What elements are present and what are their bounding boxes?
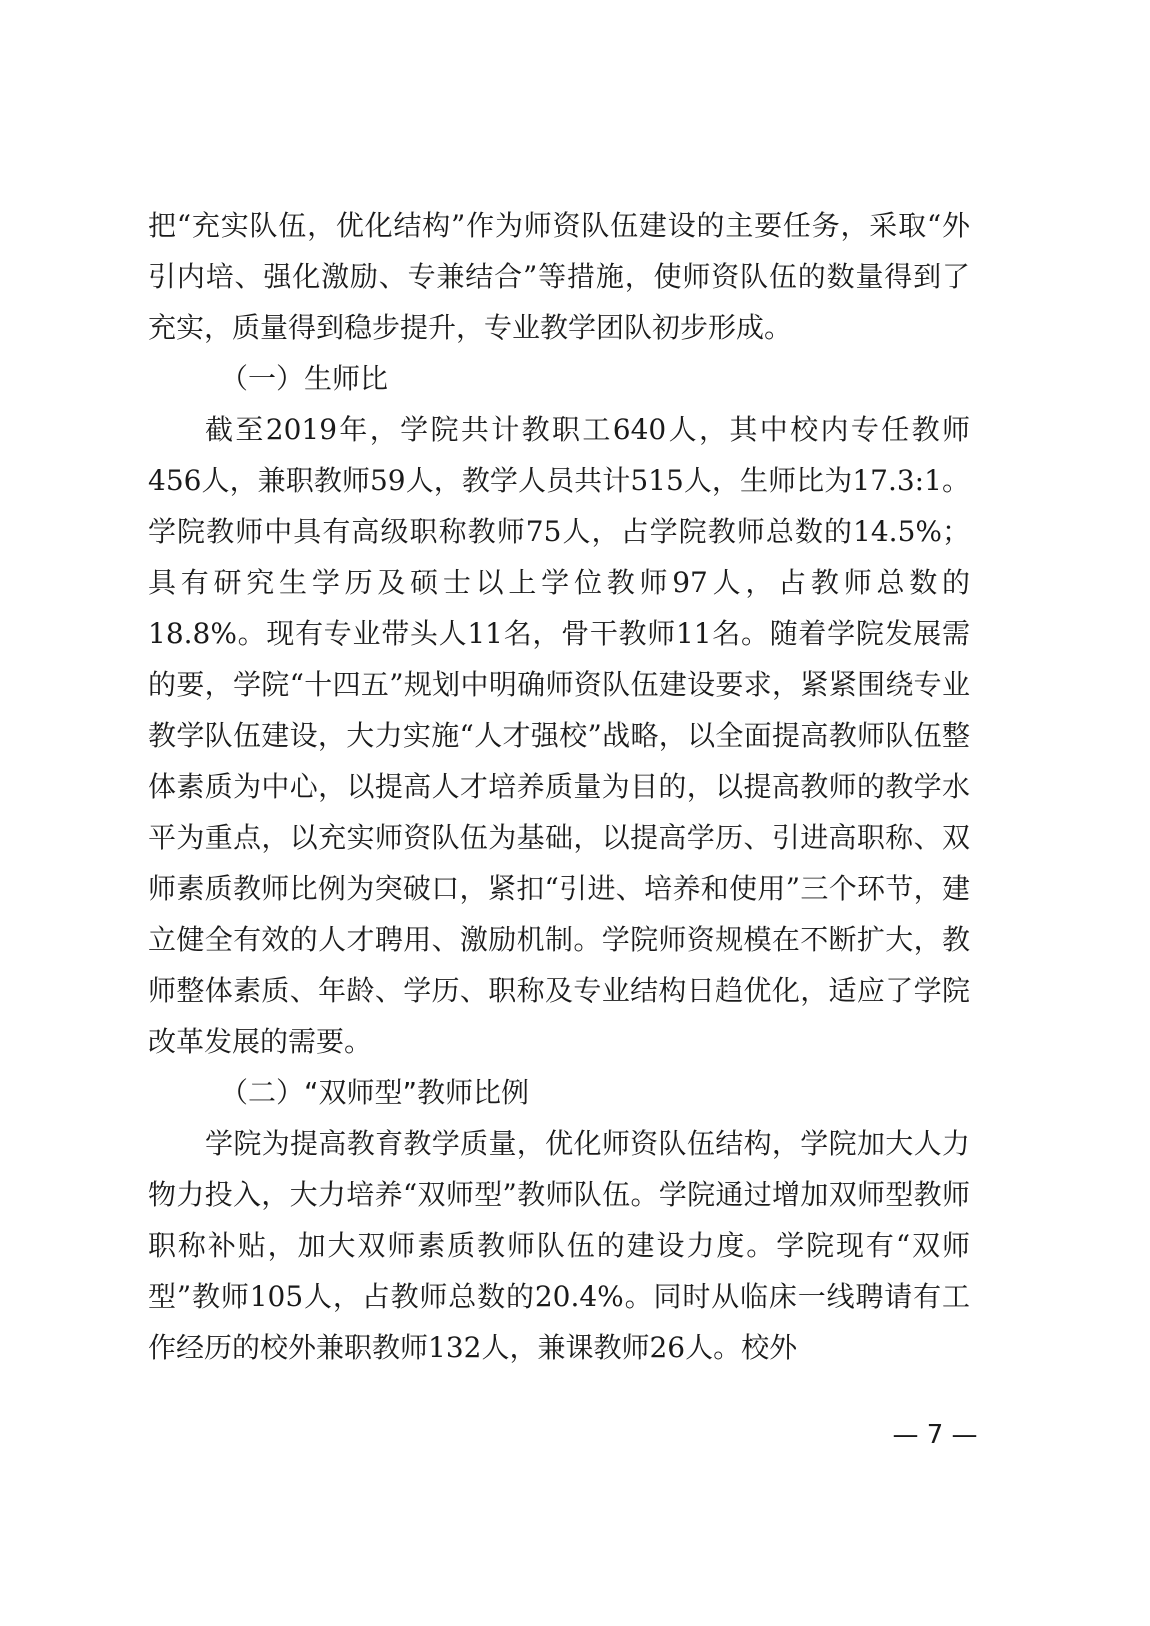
section-heading-dual-qualified-teachers: （二）“双师型”教师比例	[148, 1067, 970, 1118]
dual-qualified-teachers-paragraph: 学院为提高教育教学质量，优化师资队伍结构，学院加大人力物力投入，大力培养“双师型…	[148, 1118, 970, 1373]
intro-paragraph: 把“充实队伍，优化结构”作为师资队伍建设的主要任务，采取“外引内培、强化激励、专…	[148, 200, 970, 353]
page-number: — 7 —	[890, 1420, 980, 1450]
document-page: 把“充实队伍，优化结构”作为师资队伍建设的主要任务，采取“外引内培、强化激励、专…	[148, 200, 970, 1373]
student-teacher-ratio-paragraph: 截至2019年，学院共计教职工640人，其中校内专任教师456人，兼职教师59人…	[148, 404, 970, 1067]
section-heading-student-teacher-ratio: （一）生师比	[148, 353, 970, 404]
